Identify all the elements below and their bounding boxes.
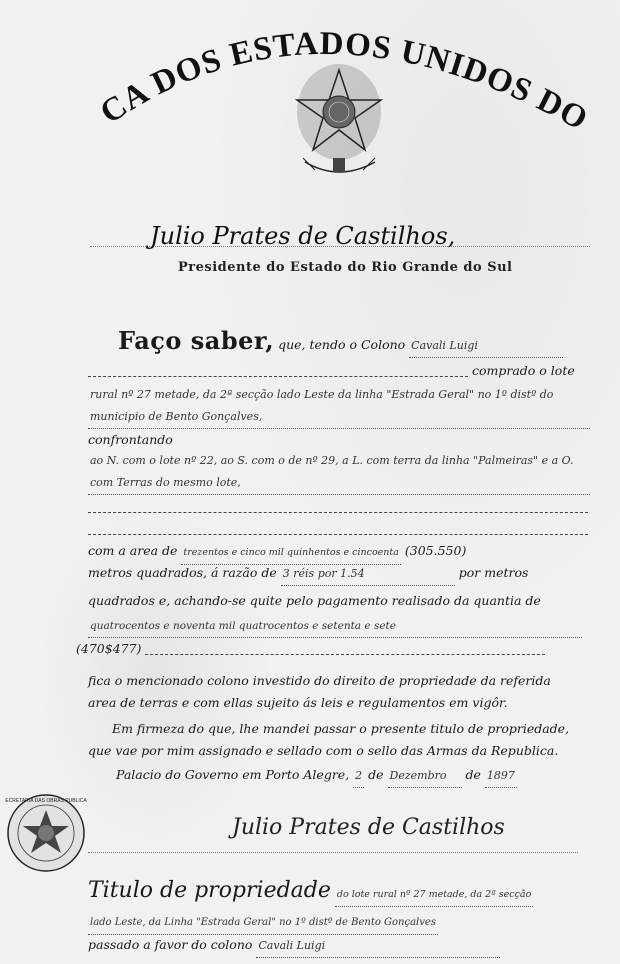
printed-text: Em firmeza do que, lhe mandei passar o p… [112,721,569,736]
printed-text: que vae por mim assignado e sellado com … [88,743,558,758]
blank-line [88,496,590,518]
footer-title-line: Titulo de propriedade do lote rural nº 2… [88,880,590,908]
colono-name-field: Cavali Luigi [409,335,563,358]
boundaries-field: ao N. com o lote nº 22, ao S. com o de n… [88,450,590,495]
printed-text: por metros [459,565,529,580]
body-line-vested: fica o mencionado colono investido do di… [88,670,590,692]
svg-text:SECRETARIA DAS OBRAS PUBLICAS: SECRETARIA DAS OBRAS PUBLICAS [5,798,87,804]
body-line-amount-number: (470$477) [76,638,578,660]
body-line-1: Faço saber, que, tendo o Colono Cavali L… [118,330,590,352]
printed-text: que, tendo o Colono [278,337,405,352]
printed-text: metros quadrados, á razão de [88,565,277,580]
printed-text: de [466,767,481,782]
president-title: Presidente do Estado do Rio Grande do Su… [178,260,513,275]
body-line-laws: area de terras e com ellas sujeito ás le… [88,692,590,714]
body-line-5: ao N. com o lote nº 22, ao S. com o de n… [88,450,590,494]
amount-words-field: quatrocentos e noventa mil quatrocentos … [88,615,582,638]
body-line-area: com a area de trezentos e cinco mil quin… [88,540,590,562]
blank-dash [88,366,468,377]
footer-lot-field: do lote rural nº 27 metade, da 2ª secção [335,884,533,907]
body-line-payment: quadrados e, achando-se quite pelo pagam… [88,590,590,612]
place-text: Palacio do Governo em Porto Alegre, [116,767,349,782]
body-lines-3-4: rural nº 27 metade, da 2ª secção lado Le… [88,384,590,450]
body-line-rate: metros quadrados, á razão de 3 réis por … [88,562,590,584]
opening-phrase: Faço saber, [118,326,274,355]
place-date-line: Palacio do Governo em Porto Alegre, 2 de… [116,764,618,786]
body-line-amount-words: quatrocentos e noventa mil quatrocentos … [88,614,590,636]
closing-line-1: Em firmeza do que, lhe mandei passar o p… [112,718,592,740]
footer-location-field: lado Leste, da Linha "Estrada Geral" no … [88,912,438,935]
signature-line [88,852,578,853]
body-line-2: comprado o lote [88,360,590,382]
printed-text: quadrados e, achando-se quite pelo pagam… [88,593,541,608]
footer-colono-field: Cavali Luigi [256,935,500,958]
lot-description-field: rural nº 27 metade, da 2ª secção lado Le… [88,384,590,429]
area-number: (305.550) [405,543,466,558]
month-field: Dezembro [388,765,462,788]
printed-text: com a area de [88,543,177,558]
coat-of-arms-icon [285,62,393,184]
official-seal-icon: SECRETARIA DAS OBRAS PUBLICAS [5,788,87,878]
day-field: 2 [353,765,364,788]
printed-text: comprado o lote [472,363,575,378]
blank-dash [145,644,545,655]
footer-line-3: passado a favor do colono Cavali Luigi [88,934,590,956]
blank-line [88,518,590,540]
printed-text: fica o mencionado colono investido do di… [88,673,551,688]
printed-text: passado a favor do colono [88,937,252,952]
footer-title: Titulo de propriedade [88,878,331,903]
amount-number: (470$477) [76,641,141,656]
president-signature: Julio Prates de Castilhos, [150,222,455,250]
rate-field: 3 réis por 1.54 [281,563,455,586]
printed-text: de [368,767,383,782]
governor-signature: Julio Prates de Castilhos [232,815,505,840]
printed-text: area de terras e com ellas sujeito ás le… [88,695,508,710]
footer-line-2: lado Leste, da Linha "Estrada Geral" no … [88,910,590,932]
year-field: 1897 [485,765,517,788]
printed-text: confrontando [88,432,173,447]
closing-line-2: que vae por mim assignado e sellado com … [88,740,590,762]
